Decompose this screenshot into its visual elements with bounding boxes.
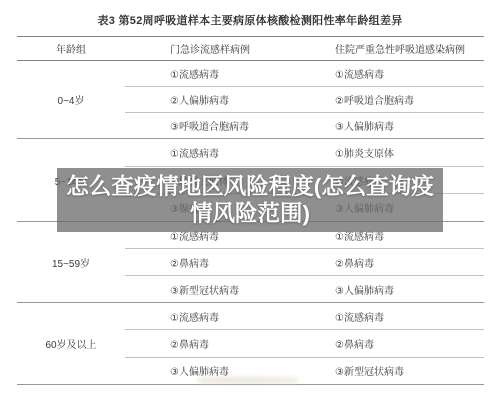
- table-subrow: ①流感病毒 ①流感病毒: [125, 303, 484, 329]
- age-group-label: 0~4岁: [17, 61, 125, 138]
- age-group-label: 15~59岁: [17, 222, 125, 302]
- blurred-watermark: [198, 377, 298, 384]
- outpatient-rank-3: ③新型冠状病毒: [125, 282, 330, 297]
- table-subrow: ②鼻病毒 ②鼻病毒: [125, 248, 484, 275]
- header-age-group: 年龄组: [17, 41, 125, 56]
- watermark-overlay: 怎么查疫情地区风险程度(怎么查询疫 情风险范围): [57, 168, 443, 232]
- outpatient-rank-2: ②鼻病毒: [125, 255, 330, 270]
- table-subrow: ②人偏肺病毒 ②呼吸道合胞病毒: [125, 86, 484, 112]
- outpatient-rank-1: ①流感病毒: [125, 309, 330, 324]
- inpatient-rank-2: ②呼吸道合胞病毒: [330, 92, 484, 107]
- inpatient-rank-1: ①流感病毒: [330, 309, 484, 324]
- watermark-text-line-2: 情风险范围): [190, 200, 310, 227]
- header-hospitalized-sari-cases: 住院严重急性呼吸道感染病例: [330, 41, 484, 56]
- table-row-age-60-plus: 60岁及以上 ①流感病毒 ①流感病毒 ②鼻病毒 ②鼻病毒 ③人偏肺病毒 ③新型冠…: [17, 303, 484, 385]
- outpatient-rank-1: ①流感病毒: [125, 66, 330, 81]
- outpatient-rank-1: ①流感病毒: [125, 145, 330, 160]
- table-row-age-15-59: 15~59岁 ①流感病毒 ①流感病毒 ②鼻病毒 ②鼻病毒 ③新型冠状病毒 ③人偏…: [17, 222, 484, 303]
- header-outpatient-ili-cases: 门急诊流感样病例: [125, 41, 330, 56]
- inpatient-rank-2: ②鼻病毒: [330, 255, 484, 270]
- inpatient-rank-3: ③人偏肺病毒: [330, 118, 484, 133]
- inpatient-rank-1: ①流感病毒: [330, 66, 484, 81]
- table-row-age-0-4: 0~4岁 ①流感病毒 ①流感病毒 ②人偏肺病毒 ②呼吸道合胞病毒 ③呼吸道合胞病…: [17, 61, 484, 139]
- watermark-text-line-1: 怎么查疫情地区风险程度(怎么查询疫: [66, 173, 434, 200]
- outpatient-rank-2: ②鼻病毒: [125, 336, 330, 351]
- page: 表3 第52周呼吸道样本主要病原体核酸检测阳性率年龄组差异 年龄组 门急诊流感样…: [0, 0, 500, 402]
- table-subrow: ①流感病毒 ①流感病毒: [125, 61, 484, 86]
- table-header-row: 年龄组 门急诊流感样病例 住院严重急性呼吸道感染病例: [17, 36, 484, 61]
- inpatient-rank-1: ①肺炎支原体: [330, 145, 484, 160]
- outpatient-rank-2: ②人偏肺病毒: [125, 92, 330, 107]
- table-subrow: ③呼吸道合胞病毒 ③人偏肺病毒: [125, 112, 484, 138]
- table-subrow: ①流感病毒 ①肺炎支原体: [125, 139, 484, 166]
- table-subrow: ③新型冠状病毒 ③人偏肺病毒: [125, 275, 484, 302]
- inpatient-rank-3: ③人偏肺病毒: [330, 282, 484, 297]
- outpatient-rank-3: ③呼吸道合胞病毒: [125, 118, 330, 133]
- age-group-label: 60岁及以上: [17, 303, 125, 384]
- inpatient-rank-3: ③新型冠状病毒: [330, 363, 484, 378]
- inpatient-rank-2: ②鼻病毒: [330, 336, 484, 351]
- table-subrow: ②鼻病毒 ②鼻病毒: [125, 329, 484, 356]
- table-title: 表3 第52周呼吸道样本主要病原体核酸检测阳性率年龄组差异: [0, 12, 500, 28]
- table-subrow: ③人偏肺病毒 ③新型冠状病毒: [125, 357, 484, 384]
